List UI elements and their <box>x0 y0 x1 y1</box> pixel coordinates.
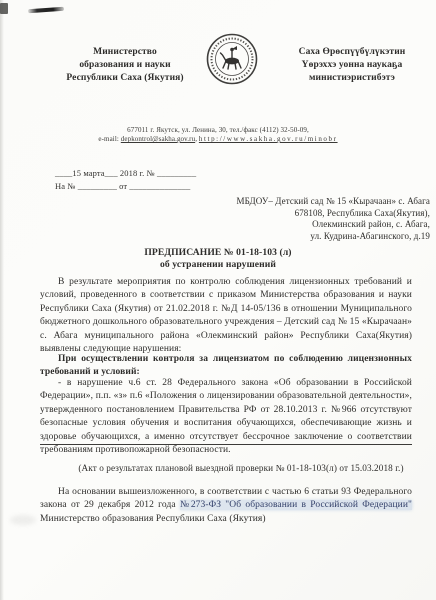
addressee-line4: ул. Кудрина-Абагинского, д.19 <box>160 231 430 243</box>
org-left-line1: Министерство <box>40 46 210 59</box>
addressee-line2: 678108, Республика Саха(Якутия), <box>160 208 430 220</box>
addressee-line3: Олекминский район, с. Абага, <box>160 219 430 231</box>
addressee-line1: МБДОУ– Детский сад № 15 «Кырачаан» с. Аб… <box>160 196 430 208</box>
org-right-line2: Үөрэххэ уонна наукаҕа <box>270 59 434 72</box>
scan-smudge <box>10 515 36 525</box>
title-line1: ПРЕДПИСАНИЕ № 01-18-103 (л) <box>40 247 396 259</box>
ministry-name-sakha: Саха Өрөспүүбүлүкэтин Үөрэххэ уонна наук… <box>270 46 434 85</box>
email-label: e-mail: <box>98 135 120 143</box>
pen-stroke-mark <box>28 7 64 14</box>
org-right-line3: министиэристибэтэ <box>270 72 434 85</box>
title-line2: об устранении нарушений <box>40 259 396 271</box>
scan-corner-mark <box>0 3 8 14</box>
scan-edge-shadow <box>0 0 4 600</box>
ministry-seal-icon <box>205 32 259 86</box>
paragraph-legal-basis: На основании вышеизложенного, в соответс… <box>40 486 412 526</box>
paragraph-inspection-basis: В результате мероприятия по контролю соб… <box>40 276 412 356</box>
incoming-reference-line: На № _________ от ______________ <box>55 180 255 193</box>
email-website-line: e-mail: depkontrol@sakha.gov.ru, http://… <box>50 135 386 144</box>
reference-number-block: ____15 марта___ 2018 г. № _________ На №… <box>55 167 255 193</box>
contact-block: 677011 г. Якутск, ул. Ленина, 30, тел./ф… <box>50 126 386 144</box>
ministry-name-russian: Министерство образования и науки Республ… <box>40 46 210 85</box>
outgoing-date-line: ____15 марта___ 2018 г. № _________ <box>55 167 255 180</box>
email-link: depkontrol@sakha.gov.ru <box>121 135 195 143</box>
org-left-line2: образования и науки <box>40 59 210 72</box>
legal-basis-text-after: Министерство образования Республики Саха… <box>40 514 266 524</box>
paragraph-license-control-heading: При осуществлении контроля за лицензиато… <box>40 353 412 380</box>
horizontal-rule <box>40 444 412 445</box>
document-title: ПРЕДПИСАНИЕ № 01-18-103 (л) об устранени… <box>40 247 396 271</box>
postal-address-line: 677011 г. Якутск, ул. Ленина, 30, тел./ф… <box>50 126 386 135</box>
addressee-block: МБДОУ– Детский сад № 15 «Кырачаан» с. Аб… <box>160 196 430 242</box>
org-left-line3: Республики Саха (Якутия) <box>40 72 210 85</box>
act-reference-line: (Акт о результатах плановой выездной про… <box>70 463 412 473</box>
paragraph-violation-details: - в нарушение ч.6 ст. 28 Федерального за… <box>40 377 412 457</box>
scanned-document-page: Министерство образования и науки Республ… <box>0 0 436 600</box>
org-right-line1: Саха Өрөспүүбүлүкэтин <box>270 46 434 59</box>
highlighted-law-reference: №273-ФЗ "Об образовании в Российской Фед… <box>180 500 412 510</box>
website-link: http://www.sakha.gov.ru/minobr <box>199 135 338 143</box>
